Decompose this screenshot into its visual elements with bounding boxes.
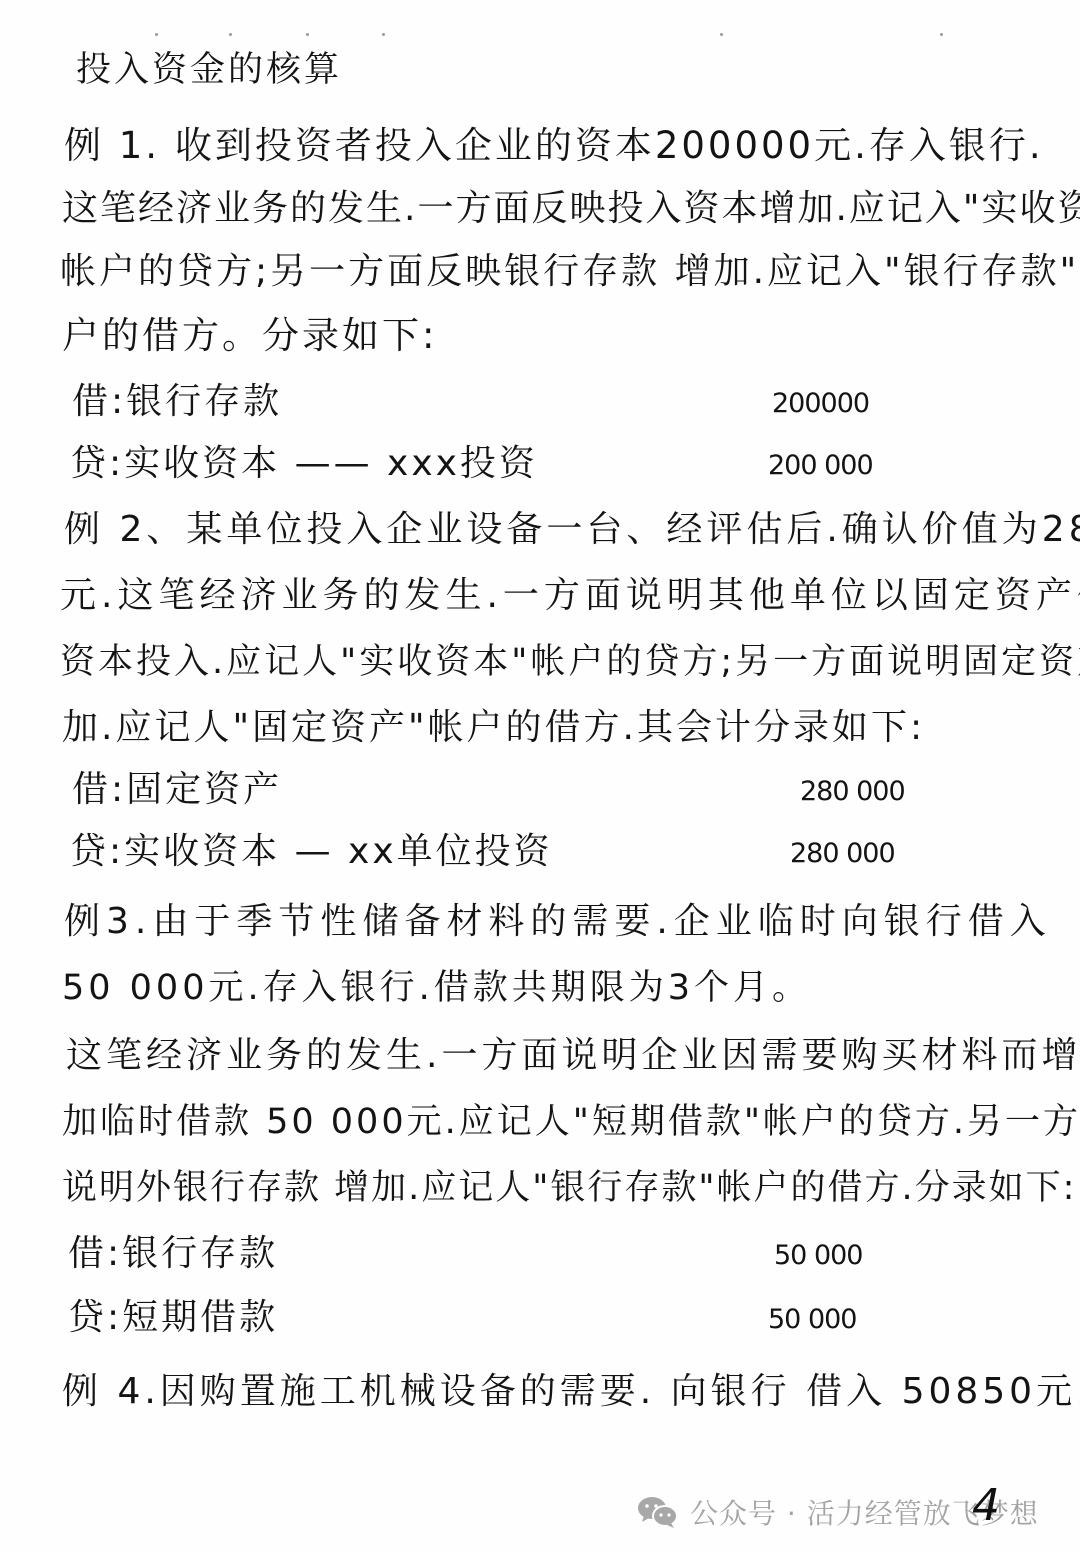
example-3-line-2: 50 000元.存入银行.借款共期限为3个月。 [62, 966, 811, 1010]
example-2-line-2: 元.这笔经济业务的发生.一方面说明其他单位以固定资产作为 [60, 574, 1080, 618]
hole-mark [306, 33, 309, 36]
page-number: 4 [972, 1480, 1000, 1531]
example-3-credit-amount: 50 000 [768, 1298, 856, 1342]
example-1-debit-amount: 200000 [772, 382, 869, 426]
page-title: 投入资金的核算 [76, 48, 342, 92]
example-2-credit-amount: 280 000 [790, 832, 895, 876]
example-3-line-5: 说明外银行存款 增加.应记人"银行存款"帐户的借方.分录如下: [62, 1166, 1076, 1210]
hole-mark [720, 33, 723, 36]
example-1-credit-account: 贷:实收资本 —— xxx投资 [70, 442, 538, 486]
example-2-debit-account: 借:固定资产 [72, 768, 282, 812]
example-3-line-1: 例3.由于季节性储备材料的需要.企业临时向银行借入 [64, 900, 1052, 944]
example-3-line-3: 这笔经济业务的发生.一方面说明企业因需要购买材料而增 [66, 1034, 1080, 1078]
example-1-credit-amount: 200 000 [768, 444, 873, 488]
example-2-line-1: 例 2、某单位投入企业设备一台、经评估后.确认价值为280 000 [64, 508, 1080, 552]
binding-holes [0, 33, 1080, 37]
example-1-line-2: 这笔经济业务的发生.一方面反映投入资本增加.应记入"实收资本" [62, 187, 1080, 231]
example-3-credit-account: 贷:短期借款 [68, 1296, 278, 1340]
example-2-line-4: 加.应记人"固定资产"帐户的借方.其会计分录如下: [62, 706, 925, 750]
example-3-debit-amount: 50 000 [774, 1234, 862, 1278]
wechat-icon [636, 1494, 680, 1530]
example-1-line-3: 帐户的贷方;另一方面反映银行存款 增加.应记入"银行存款"帐 [60, 250, 1080, 294]
hole-mark [382, 33, 385, 36]
example-2-line-3: 资本投入.应记人"实收资本"帐户的贷方;另一方面说明固定资产增 [60, 640, 1080, 684]
example-1-line-1: 例 1. 收到投资者投入企业的资本200000元.存入银行. [64, 124, 1044, 168]
example-3-debit-account: 借:银行存款 [68, 1232, 278, 1276]
example-3-line-4: 加临时借款 50 000元.应记人"短期借款"帐户的贷方.另一方面 [62, 1100, 1080, 1144]
hole-mark [155, 33, 158, 36]
hole-mark [940, 33, 943, 36]
example-1-debit-account: 借:银行存款 [72, 380, 282, 424]
example-2-debit-amount: 280 000 [800, 770, 905, 814]
handwritten-page: 投入资金的核算 例 1. 收到投资者投入企业的资本200000元.存入银行. 这… [0, 0, 1080, 1552]
example-2-credit-account: 贷:实收资本 — xx单位投资 [70, 830, 553, 874]
example-1-line-4: 户的借方。分录如下: [62, 314, 437, 358]
hole-mark [229, 33, 232, 36]
example-4-line-1: 例 4.因购置施工机械设备的需要. 向银行 借入 50850元.借 [62, 1370, 1080, 1414]
